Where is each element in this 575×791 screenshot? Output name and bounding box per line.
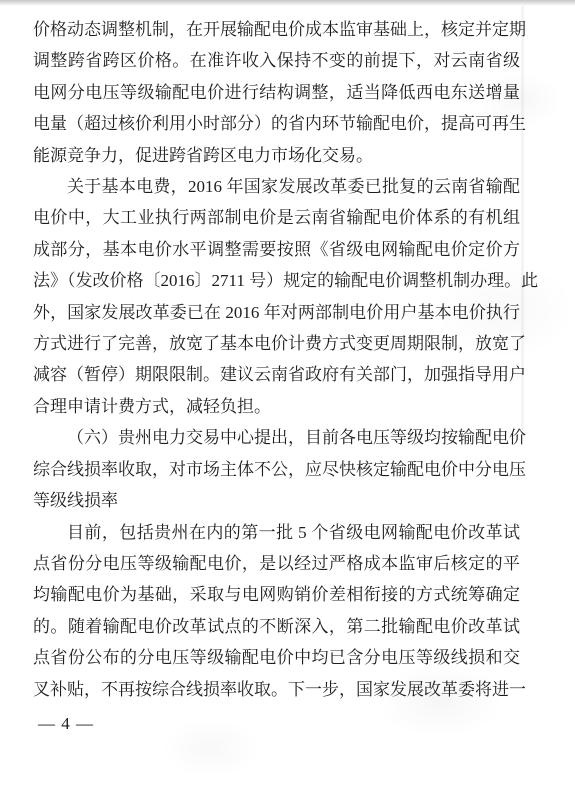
paragraph-item-six-heading: （六）贵州电力交易中心提出，目前各电压等级均按输配电价 综合线损率收取，对市场主… xyxy=(33,422,520,516)
text-line: 价格动态调整机制，在开展输配电价成本监审基础上，核定并定期 xyxy=(33,14,520,45)
paragraph-basic-fee: 关于基本电费，2016 年国家发展改革委已批复的云南省输配 电价中，大工业执行两… xyxy=(33,171,520,422)
text-line: 电网分电压等级输配电价进行结构调整，适当降低西电东送增量 xyxy=(33,77,520,108)
text-line: （六）贵州电力交易中心提出，目前各电压等级均按输配电价 xyxy=(33,422,520,453)
text-line: 法》（发改价格〔2016〕2711 号）规定的输配电价调整机制办理。此 xyxy=(33,265,520,296)
text-line: 调整跨省跨区价格。在准许收入保持不变的前提下，对云南省级 xyxy=(33,45,520,76)
text-line: 电量（超过核价利用小时部分）的省内环节输配电价，提高可再生 xyxy=(33,108,520,139)
text-line: 电价中，大工业执行两部制电价是云南省输配电价体系的有机组 xyxy=(33,202,520,233)
document-body: 价格动态调整机制，在开展输配电价成本监审基础上，核定并定期 调整跨省跨区价格。在… xyxy=(33,14,520,705)
text-line: 减容（暂停）期限限制。建议云南省政府有关部门，加强指导用户 xyxy=(33,359,520,390)
text-line: 综合线损率收取，对市场主体不公，应尽快核定输配电价中分电压 xyxy=(33,454,520,485)
text-line: 能源竞争力，促进跨省跨区电力市场化交易。 xyxy=(33,140,520,171)
paragraph-item-six-reply: 目前，包括贵州在内的第一批 5 个省级电网输配电价改革试 点省份分电压等级输配电… xyxy=(33,517,520,705)
scan-top-edge xyxy=(0,0,575,6)
text-line: 均输配电价为基础，采取与电网购销价差相衔接的方式统筹确定 xyxy=(33,579,520,610)
text-line: 方式进行了完善，放宽了基本电价计费方式变更周期限制，放宽了 xyxy=(33,328,520,359)
paragraph-continuation: 价格动态调整机制，在开展输配电价成本监审基础上，核定并定期 调整跨省跨区价格。在… xyxy=(33,14,520,171)
text-line: 等级线损率 xyxy=(33,485,520,516)
text-line: 点省份分电压等级输配电价，是以经过严格成本监审后核定的平 xyxy=(33,548,520,579)
text-line: 合理申请计费方式，减轻负担。 xyxy=(33,391,520,422)
text-line: 成部分，基本电价水平调整需要按照《省级电网输配电价定价方 xyxy=(33,234,520,265)
text-line: 点省份公布的分电压等级输配电价中均已含分电压等级线损和交 xyxy=(33,642,520,673)
document-page: 价格动态调整机制，在开展输配电价成本监审基础上，核定并定期 调整跨省跨区价格。在… xyxy=(0,0,575,791)
text-line: 关于基本电费，2016 年国家发展改革委已批复的云南省输配 xyxy=(33,171,520,202)
text-line: 的。随着输配电价改革试点的不断深入，第二批输配电价改革试 xyxy=(33,611,520,642)
text-line: 外，国家发展改革委已在 2016 年对两部制电价用户基本电价执行 xyxy=(33,297,520,328)
text-line: 目前，包括贵州在内的第一批 5 个省级电网输配电价改革试 xyxy=(33,517,520,548)
text-line: 叉补贴，不再按综合线损率收取。下一步，国家发展改革委将进一 xyxy=(33,674,520,705)
page-number: — 4 — xyxy=(38,714,94,734)
